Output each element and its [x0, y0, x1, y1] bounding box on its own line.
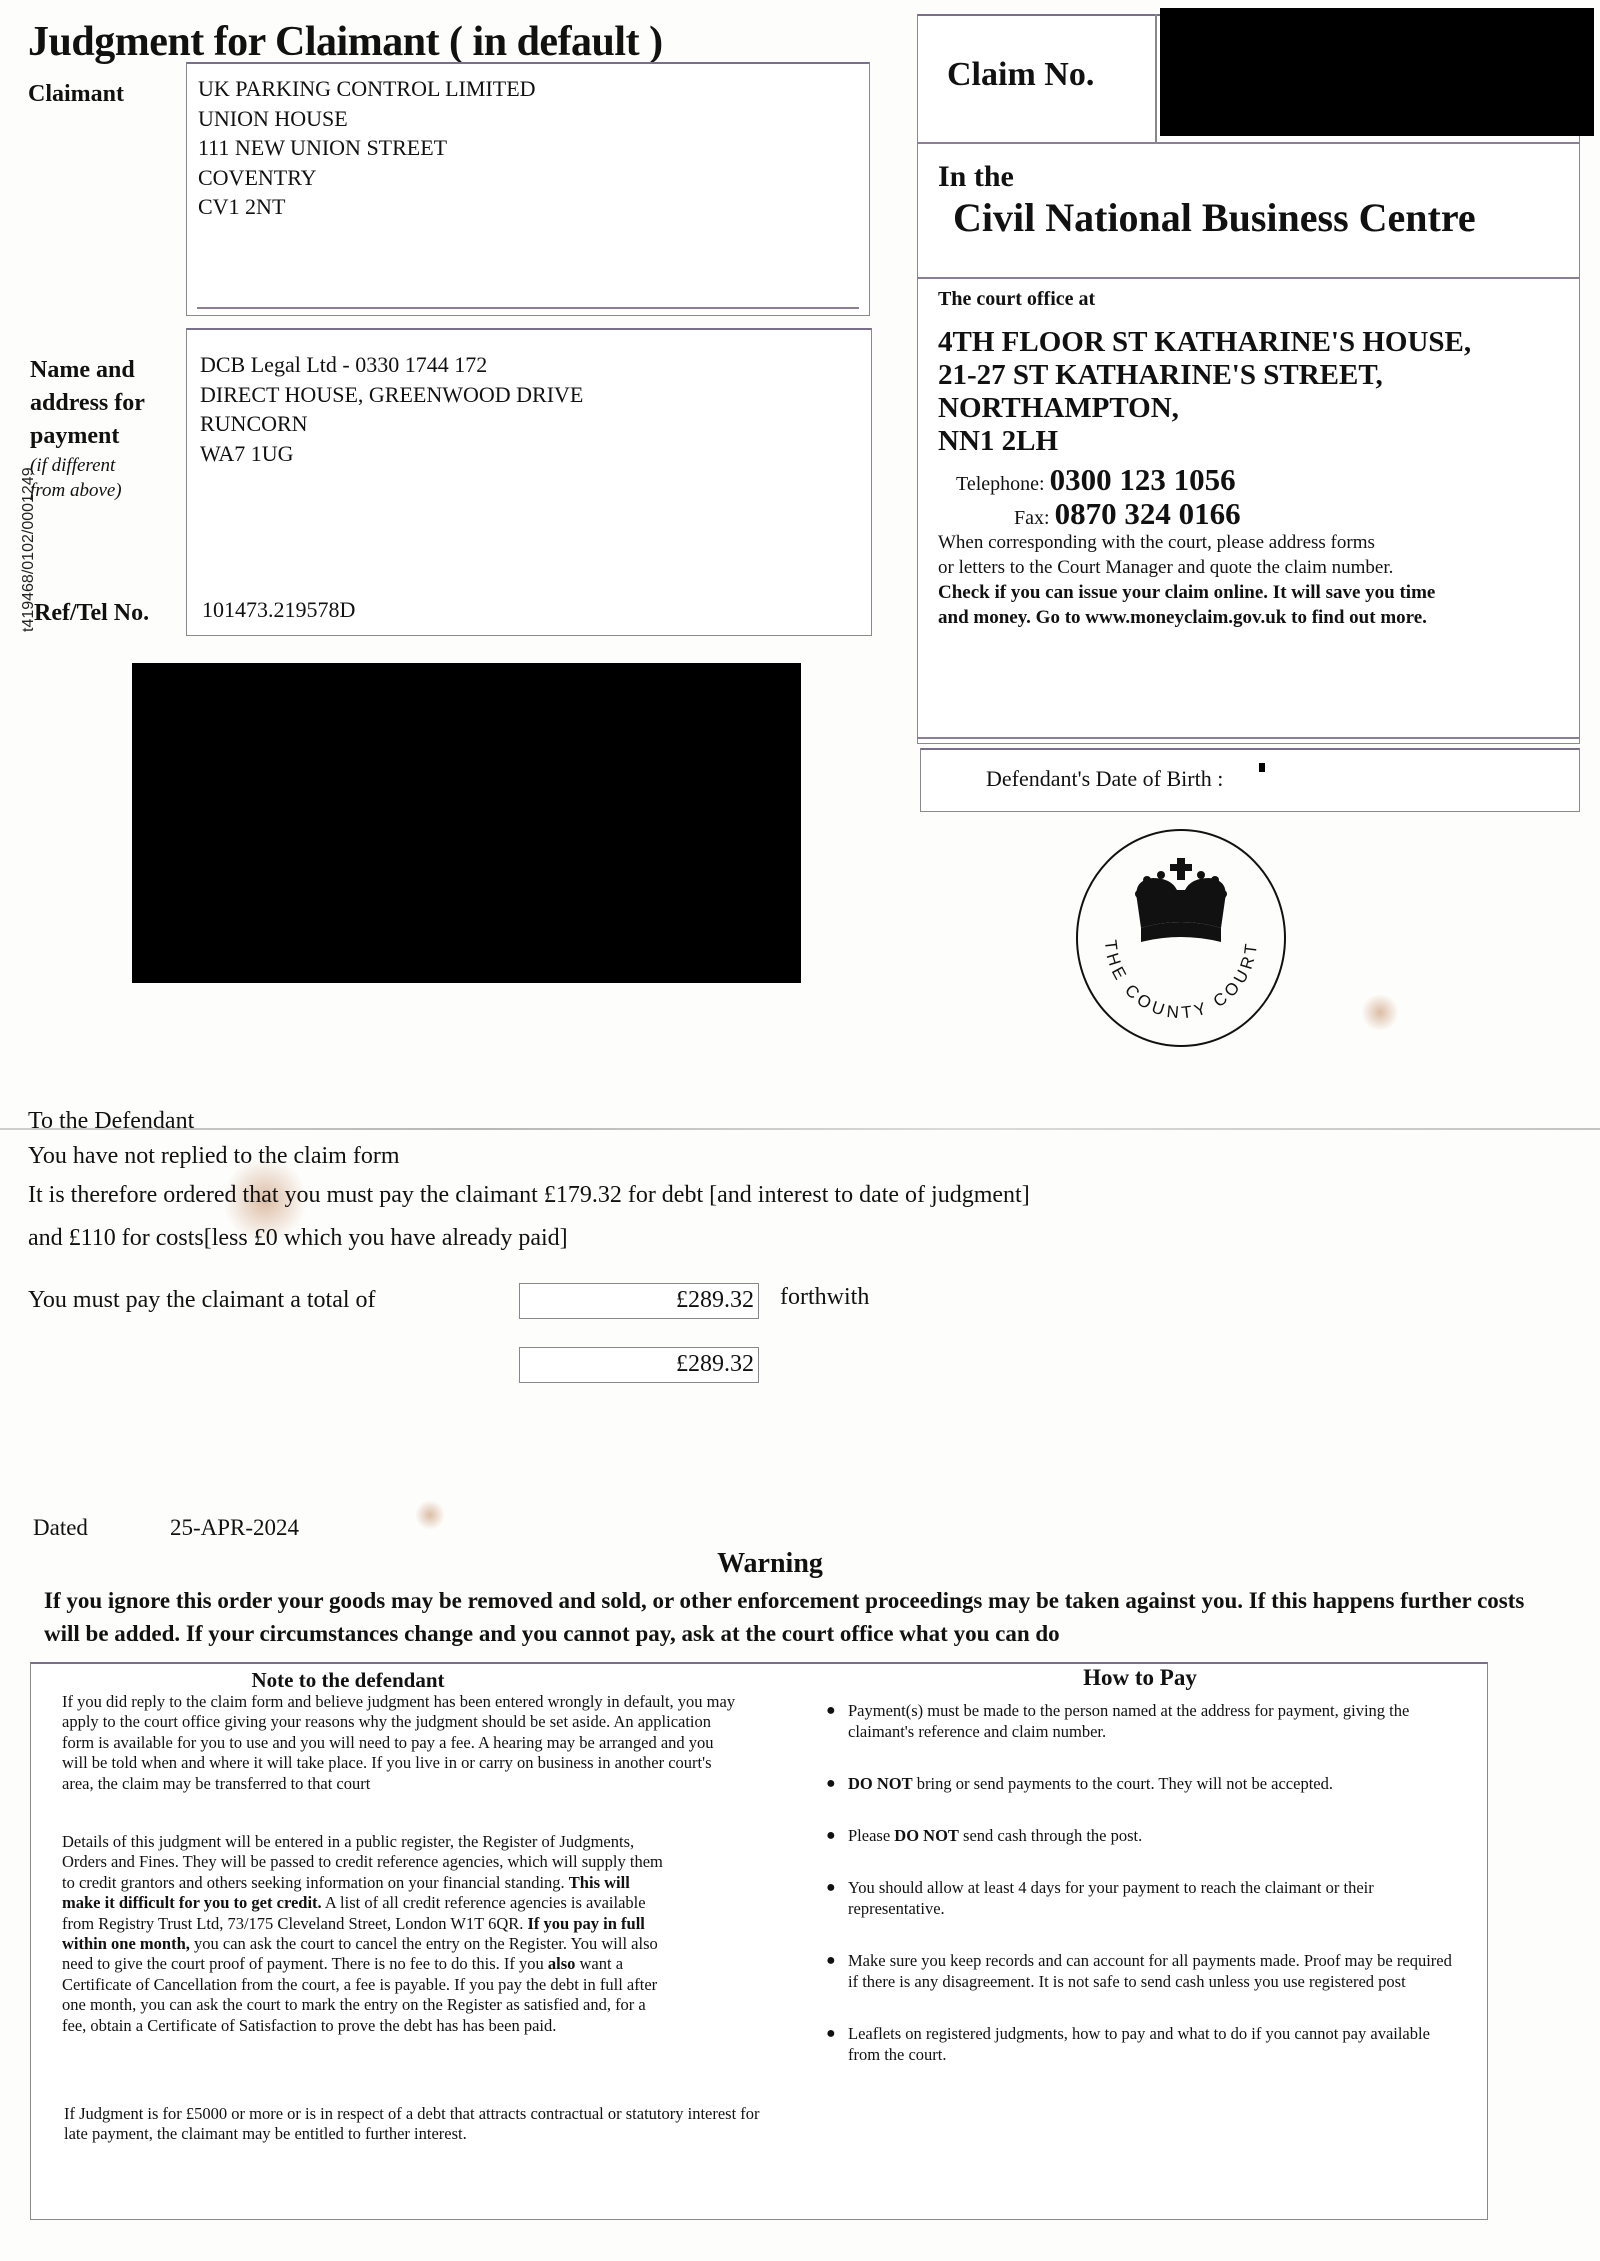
note-heading: Note to the defendant: [150, 1668, 546, 1693]
divider: [917, 142, 1580, 144]
total-amount: £289.32: [519, 1283, 759, 1319]
claimant-address: UK PARKING CONTROL LIMITED UNION HOUSE 1…: [198, 74, 536, 222]
court-address-line: NN1 2LH: [938, 425, 1471, 458]
note-line: or letters to the Court Manager and quot…: [938, 555, 1435, 580]
court-address-line: NORTHAMPTON,: [938, 392, 1471, 425]
bullet-icon: ●: [826, 1700, 836, 1721]
payment-address-label: Name and address for payment (if differe…: [30, 354, 145, 503]
how-to-pay-item: ●Please DO NOT send cash through the pos…: [820, 1825, 1460, 1846]
claim-no-label: Claim No.: [947, 56, 1094, 94]
warning-text: If you ignore this order your goods may …: [44, 1584, 1544, 1650]
claimant-line: UNION HOUSE: [198, 104, 536, 134]
warning-heading: Warning: [0, 1548, 1540, 1580]
text-run: You should allow at least 4 days for you…: [848, 1878, 1374, 1918]
seal-text: THE COUNTY COURT: [1101, 939, 1261, 1022]
payment-address: DCB Legal Ltd - 0330 1744 172 DIRECT HOU…: [200, 350, 583, 468]
bullet-icon: ●: [826, 1773, 836, 1794]
in-the-label: In the: [938, 160, 1014, 194]
how-to-pay-list: ●Payment(s) must be made to the person n…: [820, 1700, 1460, 2096]
ordered-text: It is therefore ordered that you must pa…: [28, 1182, 1030, 1209]
payment-terms: forthwith: [780, 1284, 869, 1311]
payment-line: DCB Legal Ltd - 0330 1744 172: [200, 350, 583, 380]
note-paragraph-3: If Judgment is for £5000 or more or is i…: [64, 2104, 784, 2145]
text-run: Payment(s) must be made to the person na…: [848, 1701, 1409, 1741]
telephone-row: Telephone: 0300 123 1056: [956, 462, 1236, 498]
county-court-seal: THE COUNTY COURT: [1075, 828, 1287, 1048]
label-note: from above): [30, 478, 145, 503]
claimant-line: 111 NEW UNION STREET: [198, 133, 536, 163]
court-office-label: The court office at: [938, 288, 1095, 311]
dob-label: Defendant's Date of Birth :: [986, 766, 1223, 792]
emphasis-text: also: [548, 1954, 576, 1973]
payment-line: WA7 1UG: [200, 439, 583, 469]
claimant-line: COVENTRY: [198, 163, 536, 193]
text-run: bring or send payments to the court. The…: [913, 1774, 1333, 1793]
stain: [1360, 995, 1400, 1030]
label-line: Name and: [30, 354, 145, 387]
claimant-line: UK PARKING CONTROL LIMITED: [198, 74, 536, 104]
claimant-label: Claimant: [28, 78, 124, 111]
text-run: Please: [848, 1826, 894, 1845]
label-line: payment: [30, 420, 145, 453]
bullet-icon: ●: [826, 1950, 836, 1971]
bullet-icon: ●: [826, 2023, 836, 2044]
redacted-claim-number: [1160, 8, 1594, 136]
court-address: 4TH FLOOR ST KATHARINE'S HOUSE, 21-27 ST…: [938, 326, 1471, 458]
text-run: Make sure you keep records and can accou…: [848, 1951, 1452, 1991]
how-to-pay-item: ●DO NOT bring or send payments to the co…: [820, 1773, 1460, 1794]
how-to-pay-item: ●Make sure you keep records and can acco…: [820, 1950, 1460, 1992]
how-to-pay-item: ●Payment(s) must be made to the person n…: [820, 1700, 1460, 1742]
label-line: address for: [30, 387, 145, 420]
total-label: You must pay the claimant a total of: [28, 1287, 376, 1314]
divider: [917, 277, 1580, 279]
divider: [1155, 14, 1157, 144]
court-name: Civil National Business Centre: [953, 194, 1476, 241]
label-note: (if different: [30, 453, 145, 478]
note-paragraph-2: Details of this judgment will be entered…: [62, 1832, 672, 2036]
stain: [415, 1500, 445, 1530]
ref-value: 101473.219578D: [202, 595, 355, 625]
court-address-line: 4TH FLOOR ST KATHARINE'S HOUSE,: [938, 326, 1471, 359]
how-to-pay-heading: How to Pay: [1000, 1665, 1280, 1691]
crown-icon: [1135, 858, 1227, 942]
claimant-line: CV1 2NT: [198, 192, 536, 222]
costs-text: and £110 for costs[less £0 which you hav…: [28, 1225, 568, 1252]
fax-row: Fax: 0870 324 0166: [1014, 496, 1241, 532]
correspondence-note: When corresponding with the court, pleas…: [938, 530, 1435, 630]
side-code: t419468/0102/0001249: [20, 467, 38, 632]
emphasis-text: DO NOT: [894, 1826, 959, 1845]
dated-value: 25-APR-2024: [170, 1515, 299, 1541]
emphasis-text: DO NOT: [848, 1774, 913, 1793]
note-line: When corresponding with the court, pleas…: [938, 530, 1435, 555]
svg-text:THE COUNTY COURT: THE COUNTY COURT: [1101, 939, 1261, 1022]
how-to-pay-item: ●Leaflets on registered judgments, how t…: [820, 2023, 1460, 2065]
online-note-line: Check if you can issue your claim online…: [938, 580, 1435, 605]
document-title: Judgment for Claimant ( in default ): [28, 18, 663, 66]
to-defendant: To the Defendant: [28, 1108, 194, 1135]
telephone-number: 0300 123 1056: [1050, 462, 1236, 497]
divider: [917, 737, 1580, 739]
ref-label: Ref/Tel No.: [34, 597, 149, 630]
court-address-line: 21-27 ST KATHARINE'S STREET,: [938, 359, 1471, 392]
text-run: Leaflets on registered judgments, how to…: [848, 2024, 1430, 2064]
telephone-label: Telephone:: [956, 473, 1045, 495]
redacted-defendant-details: [132, 663, 801, 983]
payment-line: DIRECT HOUSE, GREENWOOD DRIVE: [200, 380, 583, 410]
text-run: send cash through the post.: [959, 1826, 1142, 1845]
redacted-dob: [1259, 763, 1265, 772]
online-note-line: and money. Go to www.moneyclaim.gov.uk t…: [938, 605, 1435, 630]
fax-label: Fax:: [1014, 507, 1050, 529]
paper-fold: [0, 1128, 1600, 1130]
not-replied-text: You have not replied to the claim form: [28, 1143, 399, 1170]
bullet-icon: ●: [826, 1877, 836, 1898]
note-paragraph-1: If you did reply to the claim form and b…: [62, 1692, 742, 1794]
bullet-icon: ●: [826, 1825, 836, 1846]
divider: [197, 307, 859, 309]
how-to-pay-item: ●You should allow at least 4 days for yo…: [820, 1877, 1460, 1919]
dated-label: Dated: [33, 1515, 88, 1541]
second-amount: £289.32: [519, 1347, 759, 1383]
fax-number: 0870 324 0166: [1055, 496, 1241, 531]
payment-line: RUNCORN: [200, 409, 583, 439]
